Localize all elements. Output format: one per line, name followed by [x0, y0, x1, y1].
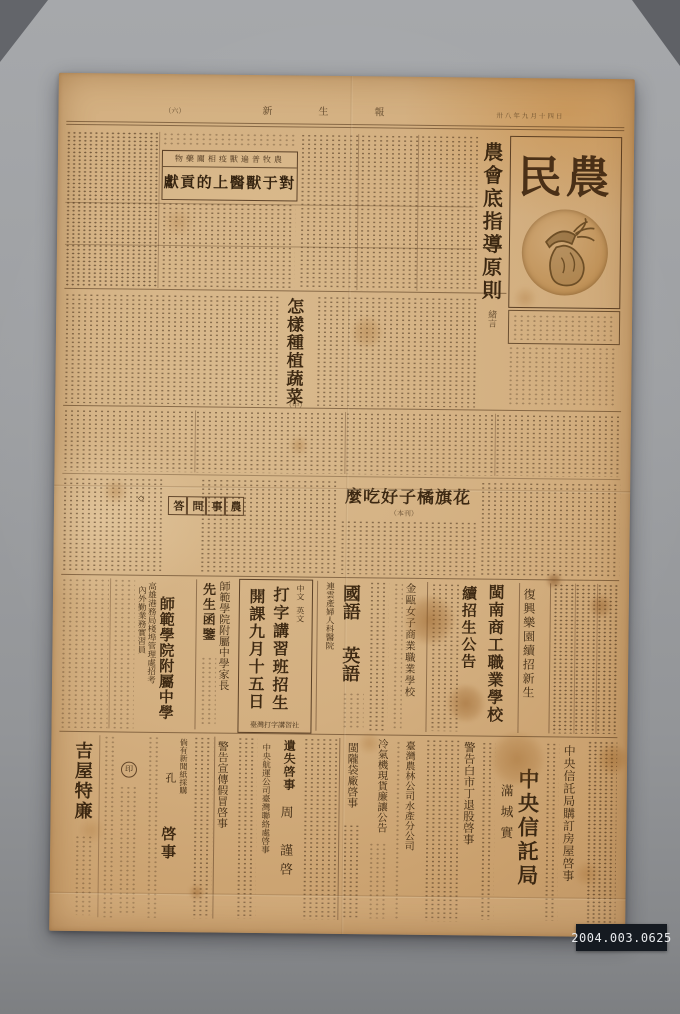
backdrop-corner-shade: [0, 0, 48, 62]
body-text-block: [391, 583, 403, 731]
ad-warn-shares-headline: 警告白市丁退股啓事: [462, 741, 475, 845]
ad-bagworks-notice: 閩隴袋廠啓事: [347, 742, 359, 808]
backdrop-corner-shade: [632, 0, 680, 66]
lead-headline: 農會底指導原則: [480, 142, 502, 303]
ad-typing-lang-cn: 中文: [296, 584, 304, 600]
body-text-block: [512, 314, 616, 341]
body-text-block: [62, 409, 621, 477]
ad-port-authority-line2: 內外勤業務實習員: [136, 586, 145, 654]
body-text-block: [101, 735, 117, 917]
issue-date: 卅八年九月十四日: [496, 111, 564, 121]
ad-minnan-subtitle: 續招生公告: [460, 585, 476, 670]
farmer-illustration-icon: [521, 209, 608, 296]
body-text-block: [315, 296, 476, 408]
ad-divider: [425, 582, 428, 732]
ad-shifan-school-headline: 師範學院附屬中學: [158, 596, 174, 720]
veterinary-kicker: 物藥關相疫獸遍普牧農: [163, 151, 297, 169]
body-text-block: [145, 736, 159, 918]
masthead-info-box: [508, 310, 620, 345]
ad-aircon-notice: 冷氣機現貨廉讓公告: [376, 738, 388, 833]
body-text-block: [367, 581, 389, 731]
body-text-block: [199, 656, 216, 726]
newspaper-page: （六） 新生報 卅八年九月十四日 民農 農會底指導原則 緒言: [49, 73, 635, 937]
ad-divider: [194, 579, 197, 729]
photo-backdrop: （六） 新生報 卅八年九月十四日 民農 農會底指導原則 緒言: [0, 0, 680, 1014]
vegetables-headline: 怎樣種植蔬菜: [283, 297, 301, 405]
veterinary-headline: 獻貢的上醫獸于對: [162, 167, 296, 200]
body-text-block: [423, 739, 459, 921]
ad-newsprint-line: 倘有新聞紙採購: [179, 738, 188, 794]
body-text-block: [63, 293, 280, 405]
body-text-block: [191, 736, 213, 918]
body-text-block: [543, 742, 559, 920]
ad-language-yingyu: 英語: [340, 646, 358, 682]
lead-byline: 緒言: [486, 310, 495, 328]
body-text-block: [59, 578, 109, 729]
ad-central-trust-name: 中央信託局: [516, 768, 538, 888]
ad-typing-headline: 打字講習班招生: [271, 586, 288, 712]
ad-fuxing-enrollment: 復興樂園續招新生: [522, 588, 535, 700]
ad-typing-lang-en: 英文: [296, 606, 304, 622]
ad-divider: [315, 581, 318, 731]
body-text-block: [479, 482, 620, 578]
page-number: （六）: [164, 106, 185, 116]
body-text-block: [199, 478, 336, 574]
ad-shipping-company: 中央航運公司臺灣聯絡處啓事: [260, 743, 270, 854]
body-text-block: [479, 742, 495, 920]
body-text-block: [111, 578, 135, 728]
body-text-block: [507, 346, 618, 407]
newspaper-title: 新生報: [262, 102, 430, 119]
veterinary-headline-box: 物藥關相疫獸遍普牧農 獻貢的上醫獸于對: [161, 150, 298, 202]
masthead-box: 民農: [508, 136, 622, 309]
ad-typing-date: 開課九月十五日: [247, 588, 264, 711]
ad-trust-housing-headline: 中央信託局購訂房屋啓事: [562, 745, 576, 883]
ad-shifan-salute: 先生函鑒: [200, 582, 214, 642]
ad-zhou-signoff: 周 謹啓: [278, 805, 292, 881]
ad-port-authority-line1: 高雄港務局棧埠管理處招考: [146, 582, 156, 684]
bottom-margin: [49, 893, 625, 938]
body-text-block: [585, 741, 617, 923]
vegetables-note: （中）: [285, 400, 306, 410]
ad-warn-counterfeit: 警告宣傳假冒啓事: [216, 741, 228, 829]
ad-minnan-school-name: 閩南商工職業學校: [486, 584, 504, 724]
body-text-block: [235, 737, 257, 919]
ad-typing-signer: 臺灣打字講習社: [238, 720, 310, 731]
ad-agri-company: 臺灣農林公司水產分公司: [402, 741, 413, 851]
ad-central-trust-side: 滿城實: [498, 784, 512, 847]
seal-mark-icon: 印: [121, 762, 137, 778]
column-rule: [97, 735, 100, 917]
ad-divider: [517, 583, 520, 733]
ad-house-bargain: 吉屋特廉: [72, 741, 91, 821]
body-text-block: [393, 741, 402, 919]
body-text-block: [298, 134, 478, 292]
body-text-block: [551, 583, 619, 734]
ad-hospital: 連雲產婦人科醫院: [324, 582, 333, 650]
ad-divider: [337, 738, 340, 920]
ad-typing-class-box: 中文 英文 打字講習班招生 開課九月十五日 臺灣打字講習社: [237, 579, 313, 734]
oranges-headline: 麼吃好子橘旗花: [340, 482, 476, 509]
catalog-number-label: 2004.003.0625: [576, 924, 667, 951]
body-text-block: [61, 477, 162, 572]
ad-language-guoyu: 國語: [341, 584, 359, 620]
ad-newsprint-headline: 啓事: [160, 826, 175, 862]
qa-diamond-mark: ◇: [138, 494, 144, 503]
oranges-byline: （本刊）: [390, 509, 418, 519]
ad-lost-notice: 遺失啓事: [283, 739, 296, 791]
body-text-block: [162, 132, 296, 149]
ad-shifan-parents: 師範學院附屬中學家長: [218, 581, 230, 691]
body-text-block: [429, 583, 459, 731]
farmer-drawing: [521, 209, 608, 296]
ad-jinou-school: 金甌女子商業職業學校: [404, 583, 416, 698]
masthead-title: 民農: [510, 141, 621, 206]
body-text-block: [64, 131, 158, 288]
ad-newsprint-kong: 孔: [165, 772, 176, 783]
body-text-block: [339, 520, 476, 576]
body-text-block: [301, 738, 337, 920]
